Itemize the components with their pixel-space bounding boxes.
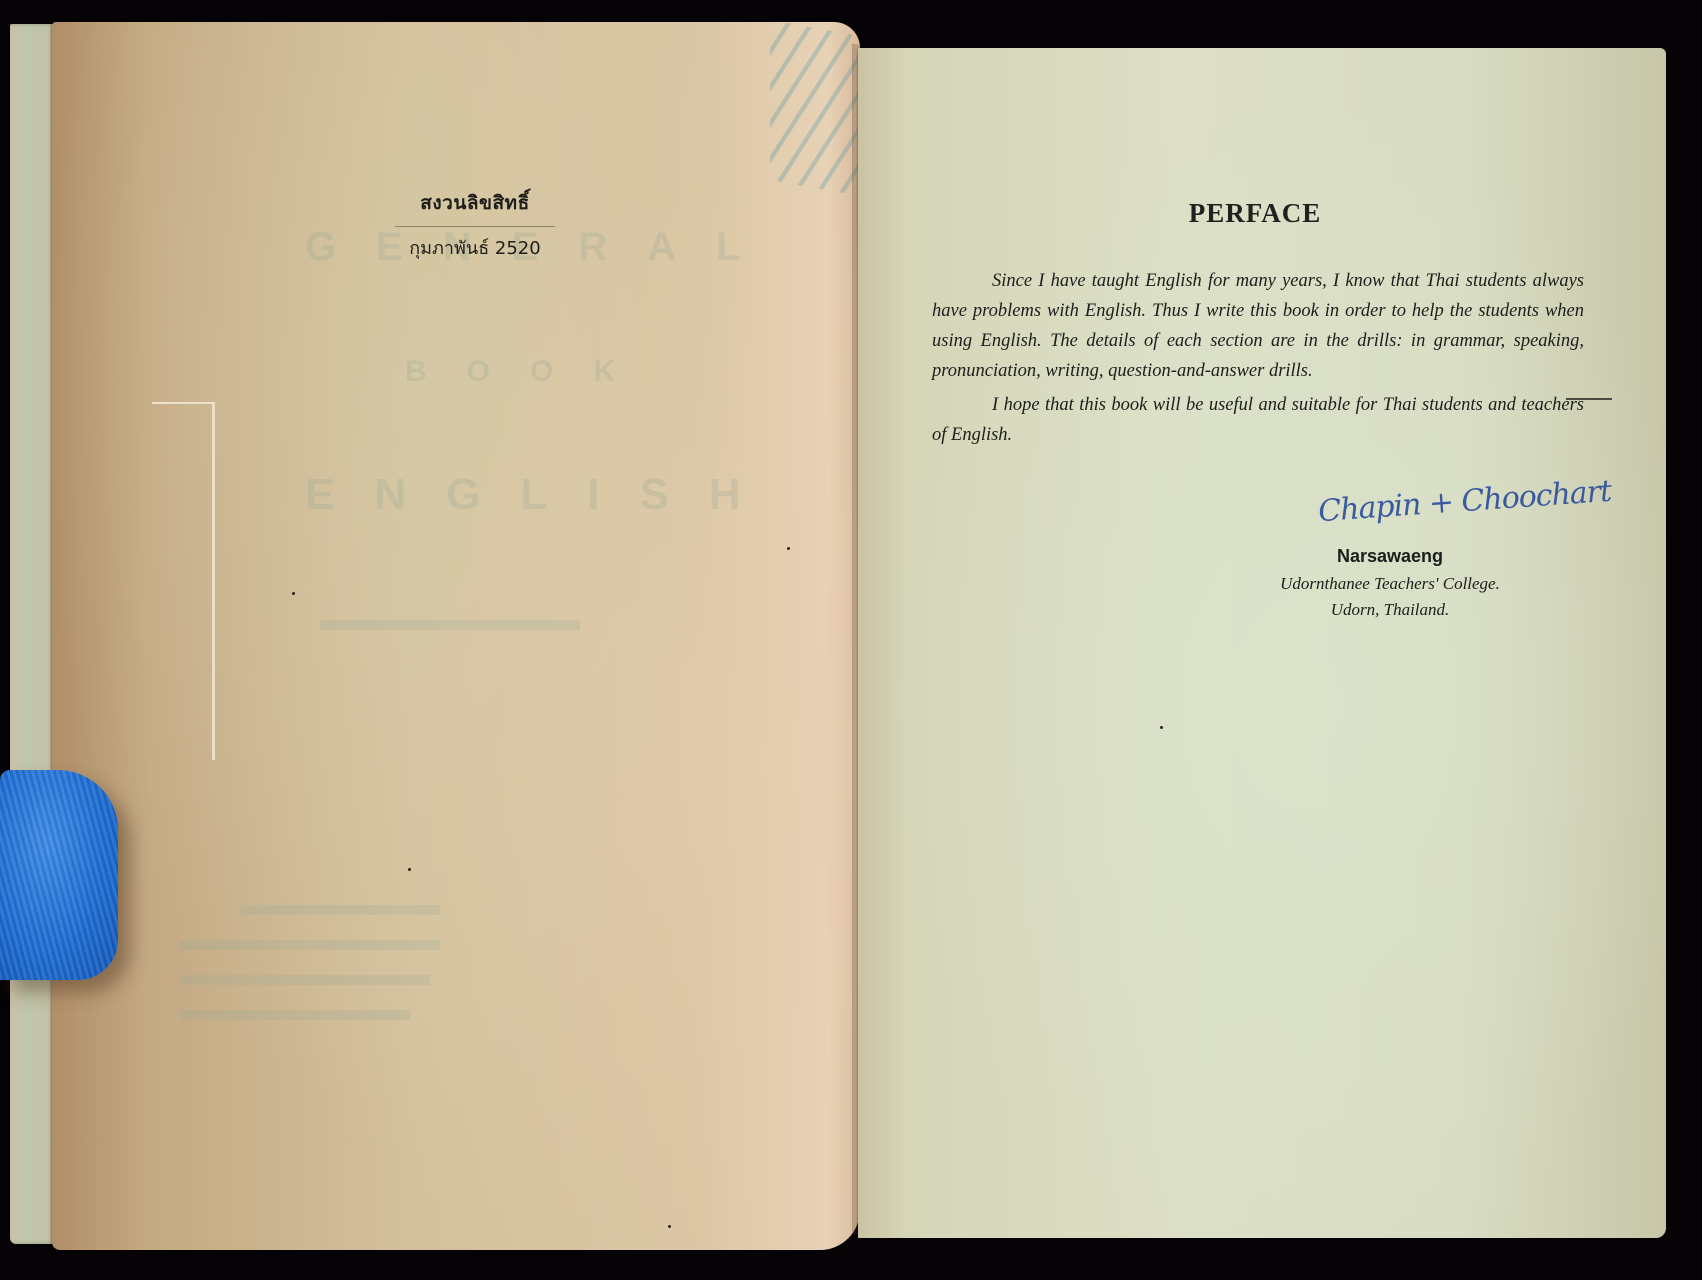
- show-through-line: [180, 1010, 410, 1020]
- paper-speck: [1160, 726, 1163, 729]
- book-photo: GENERAL BOOK ENGLISH สงวนลิขสิทธิ์ กุมภา…: [0, 0, 1702, 1280]
- copyright-date: กุมภาพันธ์ 2520: [395, 233, 555, 262]
- show-through-text: ENGLISH: [305, 470, 781, 520]
- paper-speck: [668, 1225, 671, 1228]
- signer-institution: Udornthanee Teachers' College.: [1240, 571, 1540, 597]
- copyright-notice: สงวนลิขสิทธิ์ กุมภาพันธ์ 2520: [395, 188, 555, 262]
- show-through-line: [180, 940, 440, 950]
- margin-mark: [1566, 398, 1612, 400]
- preface-body: Since I have taught English for many yea…: [932, 266, 1584, 454]
- paper-speck: [787, 547, 790, 550]
- blue-cloth: [0, 770, 118, 980]
- paper-speck: [408, 868, 411, 871]
- back-cover-edge: [10, 24, 56, 1244]
- pen-scribble: [770, 20, 860, 196]
- preface-title: PERFACE: [1090, 198, 1420, 229]
- show-through-line: [320, 620, 580, 630]
- signer-block: Narsawaeng Udornthanee Teachers' College…: [1240, 546, 1540, 623]
- show-through-line: [180, 975, 430, 985]
- divider: [395, 226, 555, 227]
- show-through-line: [240, 905, 440, 915]
- preface-paragraph: Since I have taught English for many yea…: [932, 266, 1584, 386]
- show-through-text: BOOK: [405, 355, 655, 389]
- signer-name: Narsawaeng: [1240, 546, 1540, 567]
- preface-paragraph: I hope that this book will be useful and…: [932, 390, 1584, 450]
- paper-crease: [152, 402, 215, 760]
- copyright-title: สงวนลิขสิทธิ์: [395, 188, 555, 218]
- signer-location: Udorn, Thailand.: [1240, 597, 1540, 623]
- paper-speck: [292, 592, 295, 595]
